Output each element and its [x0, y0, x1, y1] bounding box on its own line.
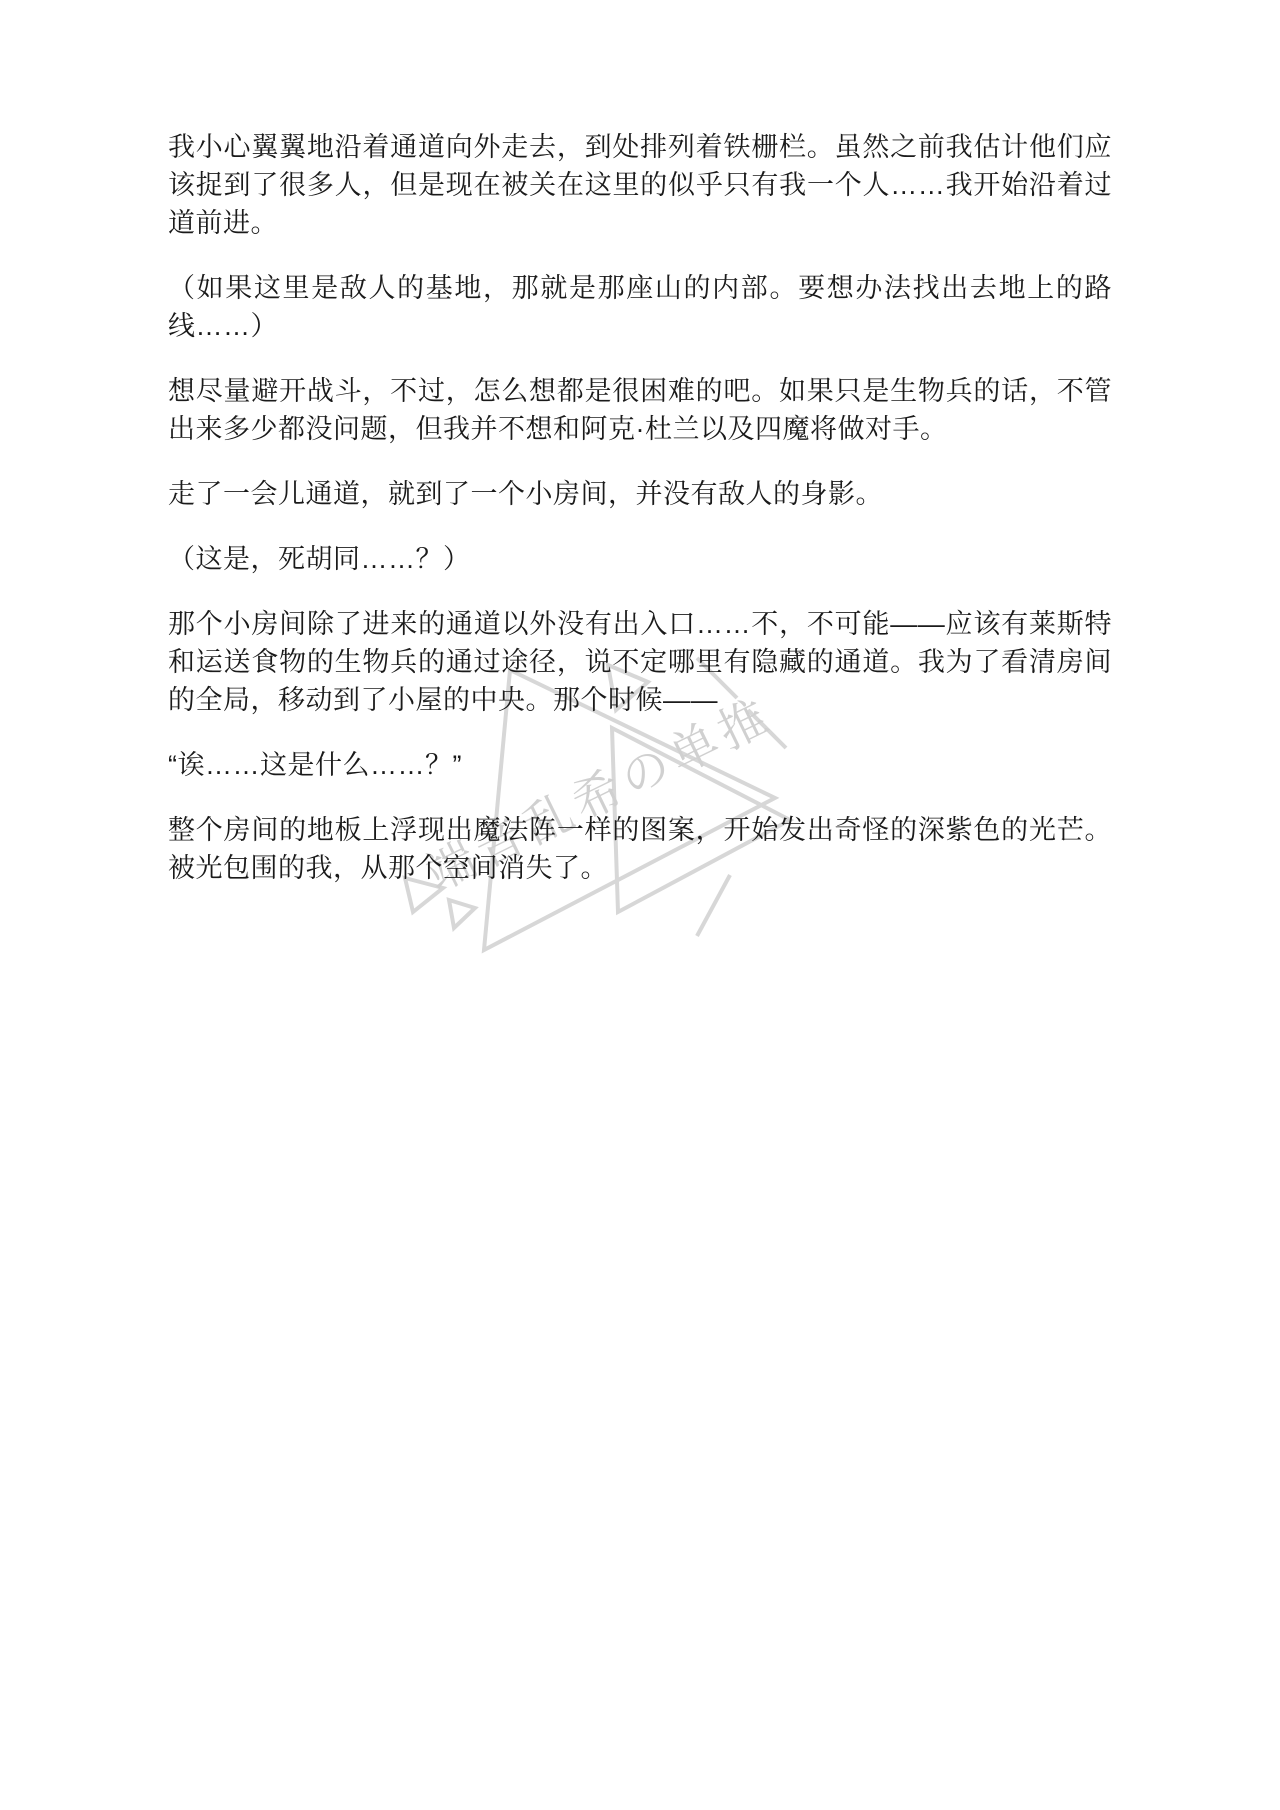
paragraph: 那个小房间除了进来的通道以外没有出入口……不，不可能——应该有莱斯特和运送食物的… — [168, 605, 1112, 719]
novel-text-block: 我小心翼翼地沿着通道向外走去，到处排列着铁栅栏。虽然之前我估计他们应该捉到了很多… — [168, 128, 1112, 914]
paragraph: （如果这里是敌人的基地，那就是那座山的内部。要想办法找出去地上的路线……） — [168, 269, 1112, 345]
paragraph: “诶……这是什么……？” — [168, 746, 1112, 784]
document-page: 端音乱希の单推 我小心翼翼地沿着通道向外走去，到处排列着铁栅栏。虽然之前我估计他… — [0, 0, 1280, 1810]
paragraph: 走了一会儿通道，就到了一个小房间，并没有敌人的身影。 — [168, 475, 1112, 513]
paragraph: 整个房间的地板上浮现出魔法阵一样的图案，开始发出奇怪的深紫色的光芒。被光包围的我… — [168, 811, 1112, 887]
paragraph: （这是，死胡同……？） — [168, 540, 1112, 578]
paragraph: 想尽量避开战斗，不过，怎么想都是很困难的吧。如果只是生物兵的话，不管出来多少都没… — [168, 372, 1112, 448]
paragraph: 我小心翼翼地沿着通道向外走去，到处排列着铁栅栏。虽然之前我估计他们应该捉到了很多… — [168, 128, 1112, 242]
